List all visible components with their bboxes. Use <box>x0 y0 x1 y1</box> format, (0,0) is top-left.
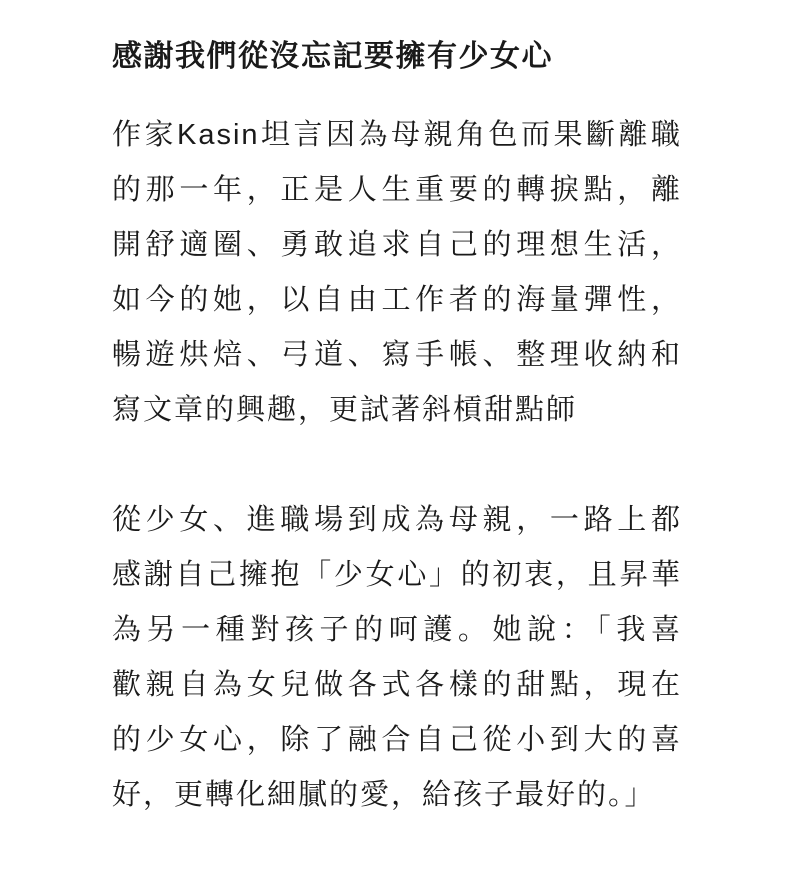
paragraph-line: 為另一種對孩子的呵護。她說：「我喜 <box>112 603 682 658</box>
article-page: 感謝我們從沒忘記要擁有少女心 作家Kasin坦言因為母親角色而果斷離職 的那一年… <box>0 0 800 890</box>
paragraph-line: 的少女心，除了融合自己從小到大的喜 <box>112 713 682 768</box>
article-body: 感謝我們從沒忘記要擁有少女心 作家Kasin坦言因為母親角色而果斷離職 的那一年… <box>112 35 682 823</box>
paragraph-line: 如今的她，以自由工作者的海量彈性， <box>112 273 682 328</box>
paragraph-line: 開舒適圈、勇敢追求自己的理想生活， <box>112 218 682 273</box>
paragraph-2: 從少女、進職場到成為母親，一路上都 感謝自己擁抱「少女心」的初衷，且昇華 為另一… <box>112 493 682 823</box>
paragraph-line: 從少女、進職場到成為母親，一路上都 <box>112 493 682 548</box>
paragraph-line: 好，更轉化細膩的愛，給孩子最好的。」 <box>112 768 682 823</box>
paragraph-line: 的那一年，正是人生重要的轉捩點，離 <box>112 163 682 218</box>
paragraph-line: 作家Kasin坦言因為母親角色而果斷離職 <box>112 108 682 163</box>
paragraph-line: 寫文章的興趣，更試著斜槓甜點師 <box>112 383 682 438</box>
paragraph-line: 歡親自為女兒做各式各樣的甜點，現在 <box>112 658 682 713</box>
paragraph-1: 作家Kasin坦言因為母親角色而果斷離職 的那一年，正是人生重要的轉捩點，離 開… <box>112 108 682 438</box>
paragraph-line: 暢遊烘焙、弓道、寫手帳、整理收納和 <box>112 328 682 383</box>
paragraph-line: 感謝自己擁抱「少女心」的初衷，且昇華 <box>112 548 682 603</box>
article-heading: 感謝我們從沒忘記要擁有少女心 <box>112 35 682 79</box>
